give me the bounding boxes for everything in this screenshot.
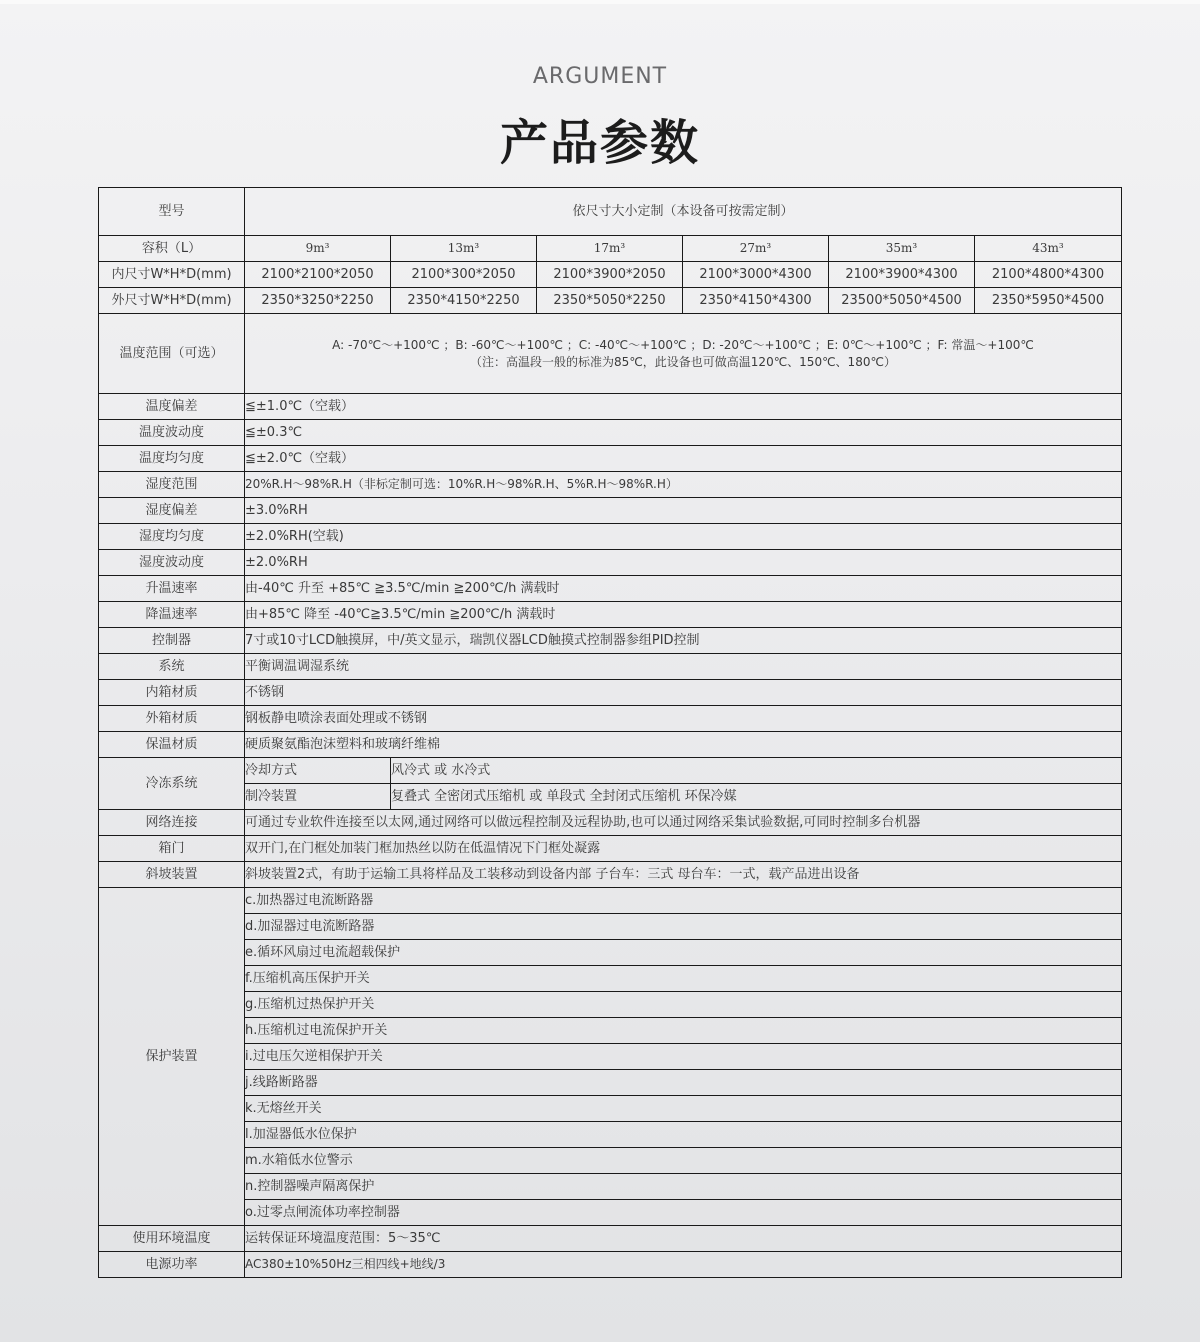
cell-value: 7寸或10寸LCD触摸屏，中/英文显示，瑞凯仪器LCD触摸式控制器参组PID控制 bbox=[245, 628, 1122, 654]
cell-value: 风冷式 或 水冷式 bbox=[391, 758, 1122, 784]
cell-value: 2350*4150*2250 bbox=[391, 288, 537, 314]
row-refrigeration: 冷冻系统 冷却方式 风冷式 或 水冷式 bbox=[99, 758, 1122, 784]
spec-table: 型号 依尺寸大小定制（本设备可按需定制） 容积（L） 9m³ 13m³ 17m³… bbox=[98, 187, 1122, 1278]
row-protection: l.加湿器低水位保护 bbox=[99, 1122, 1122, 1148]
row-spec: 温度均匀度≦±2.0℃（空载） bbox=[99, 446, 1122, 472]
cell-value: 运转保证环境温度范围：5～35℃ bbox=[245, 1226, 1122, 1252]
cell-label: 斜坡装置 bbox=[99, 862, 245, 888]
row-spec: 湿度波动度±2.0%RH bbox=[99, 550, 1122, 576]
cell-label: 湿度均匀度 bbox=[99, 524, 245, 550]
cell-value: A: -70℃～+100℃ ；B: -60℃～+100℃ ；C: -40℃～+1… bbox=[245, 314, 1122, 394]
cell-label: 温度波动度 bbox=[99, 420, 245, 446]
protection-item: i.过电压欠逆相保护开关 bbox=[245, 1044, 1122, 1070]
row-protection: j.线路断路器 bbox=[99, 1070, 1122, 1096]
protection-item: n.控制器噪声隔离保护 bbox=[245, 1174, 1122, 1200]
row-capacity: 容积（L） 9m³ 13m³ 17m³ 27m³ 35m³ 43m³ bbox=[99, 236, 1122, 262]
row-spec: 使用环境温度运转保证环境温度范围：5～35℃ bbox=[99, 1226, 1122, 1252]
protection-item: o.过零点闸流体功率控制器 bbox=[245, 1200, 1122, 1226]
protection-item: j.线路断路器 bbox=[245, 1070, 1122, 1096]
row-spec: 内箱材质不锈钢 bbox=[99, 680, 1122, 706]
cell-label: 型号 bbox=[99, 188, 245, 236]
row-spec: 系统平衡调温调湿系统 bbox=[99, 654, 1122, 680]
cell-label: 温度范围（可选） bbox=[99, 314, 245, 394]
cell-label: 系统 bbox=[99, 654, 245, 680]
cell-value: ±2.0%RH bbox=[245, 550, 1122, 576]
row-spec: 外箱材质钢板静电喷涂表面处理或不锈钢 bbox=[99, 706, 1122, 732]
row-spec: 箱门双开门,在门框处加装门框加热丝以防在低温情况下门框处凝露 bbox=[99, 836, 1122, 862]
temp-range-options: A: -70℃～+100℃ ；B: -60℃～+100℃ ；C: -40℃～+1… bbox=[245, 337, 1121, 354]
cell-value: 2100*3900*2050 bbox=[537, 262, 683, 288]
cell-value: ±2.0%RH(空载) bbox=[245, 524, 1122, 550]
cell-value: 2100*4800*4300 bbox=[975, 262, 1122, 288]
cell-label: 温度偏差 bbox=[99, 394, 245, 420]
cell-value: 硬质聚氨酯泡沫塑料和玻璃纤维棉 bbox=[245, 732, 1122, 758]
cell-label: 电源功率 bbox=[99, 1252, 245, 1278]
cell-value: 2100*2100*2050 bbox=[245, 262, 391, 288]
cell-value: 2350*5050*2250 bbox=[537, 288, 683, 314]
row-inner-size: 内尺寸W*H*D(mm) 2100*2100*2050 2100*300*205… bbox=[99, 262, 1122, 288]
protection-item: k.无熔丝开关 bbox=[245, 1096, 1122, 1122]
row-protection: 保护装置 c.加热器过电流断路器 bbox=[99, 888, 1122, 914]
cell-value: 43m³ bbox=[975, 236, 1122, 262]
cell-label: 降温速率 bbox=[99, 602, 245, 628]
cell-value: AC380±10%50Hz三相四线+地线/3 bbox=[245, 1252, 1122, 1278]
cell-label: 内尺寸W*H*D(mm) bbox=[99, 262, 245, 288]
row-spec: 湿度范围20%R.H～98%R.H（非标定制可选：10%R.H～98%R.H、5… bbox=[99, 472, 1122, 498]
cell-value: 27m³ bbox=[683, 236, 829, 262]
cell-value: 依尺寸大小定制（本设备可按需定制） bbox=[245, 188, 1122, 236]
cell-label: 保护装置 bbox=[99, 888, 245, 1226]
cell-value: 由-40℃ 升至 +85℃ ≧3.5℃/min ≧200℃/h 满载时 bbox=[245, 576, 1122, 602]
cell-label: 湿度范围 bbox=[99, 472, 245, 498]
row-spec: 湿度偏差±3.0%RH bbox=[99, 498, 1122, 524]
row-spec: 斜坡装置斜坡装置2式，有助于运输工具将样品及工装移动到设备内部 子台车：三式 母… bbox=[99, 862, 1122, 888]
cell-value: ≦±1.0℃（空载） bbox=[245, 394, 1122, 420]
protection-item: d.加湿器过电流断路器 bbox=[245, 914, 1122, 940]
protection-item: f.压缩机高压保护开关 bbox=[245, 966, 1122, 992]
cell-label: 冷冻系统 bbox=[99, 758, 245, 810]
row-protection: h.压缩机过电流保护开关 bbox=[99, 1018, 1122, 1044]
row-protection: k.无熔丝开关 bbox=[99, 1096, 1122, 1122]
cell-value: 2100*3000*4300 bbox=[683, 262, 829, 288]
cell-label: 网络连接 bbox=[99, 810, 245, 836]
cell-value: 35m³ bbox=[829, 236, 975, 262]
row-spec: 温度偏差≦±1.0℃（空载） bbox=[99, 394, 1122, 420]
cell-value: ≦±0.3℃ bbox=[245, 420, 1122, 446]
cell-label: 箱门 bbox=[99, 836, 245, 862]
cell-label: 保温材质 bbox=[99, 732, 245, 758]
cell-value: 平衡调温调湿系统 bbox=[245, 654, 1122, 680]
cell-label: 内箱材质 bbox=[99, 680, 245, 706]
cell-value: 双开门,在门框处加装门框加热丝以防在低温情况下门框处凝露 bbox=[245, 836, 1122, 862]
cell-value: 2100*3900*4300 bbox=[829, 262, 975, 288]
row-spec: 降温速率由+85℃ 降至 -40℃≧3.5℃/min ≧200℃/h 满载时 bbox=[99, 602, 1122, 628]
protection-item: e.循环风扇过电流超载保护 bbox=[245, 940, 1122, 966]
row-refrigeration: 制冷装置 复叠式 全密闭式压缩机 或 单段式 全封闭式压缩机 环保冷媒 bbox=[99, 784, 1122, 810]
row-protection: f.压缩机高压保护开关 bbox=[99, 966, 1122, 992]
cell-value: 可通过专业软件连接至以太网,通过网络可以做远程控制及远程协助,也可以通过网络采集… bbox=[245, 810, 1122, 836]
row-protection: i.过电压欠逆相保护开关 bbox=[99, 1044, 1122, 1070]
cell-label: 控制器 bbox=[99, 628, 245, 654]
cell-value: ±3.0%RH bbox=[245, 498, 1122, 524]
page-title: 产品参数 bbox=[0, 104, 1200, 173]
cell-value: ≦±2.0℃（空载） bbox=[245, 446, 1122, 472]
row-protection: g.压缩机过热保护开关 bbox=[99, 992, 1122, 1018]
cell-label: 温度均匀度 bbox=[99, 446, 245, 472]
cell-value: 2350*3250*2250 bbox=[245, 288, 391, 314]
protection-item: h.压缩机过电流保护开关 bbox=[245, 1018, 1122, 1044]
cell-label: 升温速率 bbox=[99, 576, 245, 602]
cell-value: 斜坡装置2式，有助于运输工具将样品及工装移动到设备内部 子台车：三式 母台车：一… bbox=[245, 862, 1122, 888]
section-subtitle: ARGUMENT bbox=[0, 64, 1200, 89]
temp-range-note: （注：高温段一般的标准为85℃，此设备也可做高温120℃、150℃、180℃） bbox=[245, 354, 1121, 371]
row-spec: 网络连接可通过专业软件连接至以太网,通过网络可以做远程控制及远程协助,也可以通过… bbox=[99, 810, 1122, 836]
cell-value: 钢板静电喷涂表面处理或不锈钢 bbox=[245, 706, 1122, 732]
cell-label: 湿度波动度 bbox=[99, 550, 245, 576]
protection-item: m.水箱低水位警示 bbox=[245, 1148, 1122, 1174]
protection-item: c.加热器过电流断路器 bbox=[245, 888, 1122, 914]
cell-label: 外尺寸W*H*D(mm) bbox=[99, 288, 245, 314]
row-protection: m.水箱低水位警示 bbox=[99, 1148, 1122, 1174]
row-spec: 电源功率AC380±10%50Hz三相四线+地线/3 bbox=[99, 1252, 1122, 1278]
row-protection: e.循环风扇过电流超载保护 bbox=[99, 940, 1122, 966]
cell-label: 使用环境温度 bbox=[99, 1226, 245, 1252]
row-outer-size: 外尺寸W*H*D(mm) 2350*3250*2250 2350*4150*22… bbox=[99, 288, 1122, 314]
cell-label: 容积（L） bbox=[99, 236, 245, 262]
row-spec: 保温材质硬质聚氨酯泡沫塑料和玻璃纤维棉 bbox=[99, 732, 1122, 758]
cell-label: 外箱材质 bbox=[99, 706, 245, 732]
row-spec: 升温速率由-40℃ 升至 +85℃ ≧3.5℃/min ≧200℃/h 满载时 bbox=[99, 576, 1122, 602]
row-protection: o.过零点闸流体功率控制器 bbox=[99, 1200, 1122, 1226]
cell-value: 2350*4150*4300 bbox=[683, 288, 829, 314]
cell-value: 23500*5050*4500 bbox=[829, 288, 975, 314]
protection-item: g.压缩机过热保护开关 bbox=[245, 992, 1122, 1018]
cell-value: 不锈钢 bbox=[245, 680, 1122, 706]
cell-value: 13m³ bbox=[391, 236, 537, 262]
cell-label: 湿度偏差 bbox=[99, 498, 245, 524]
row-spec: 湿度均匀度±2.0%RH(空载) bbox=[99, 524, 1122, 550]
cell-sub-label: 冷却方式 bbox=[245, 758, 391, 784]
cell-value: 9m³ bbox=[245, 236, 391, 262]
protection-item: l.加湿器低水位保护 bbox=[245, 1122, 1122, 1148]
row-model: 型号 依尺寸大小定制（本设备可按需定制） bbox=[99, 188, 1122, 236]
cell-sub-label: 制冷装置 bbox=[245, 784, 391, 810]
cell-value: 由+85℃ 降至 -40℃≧3.5℃/min ≧200℃/h 满载时 bbox=[245, 602, 1122, 628]
cell-value: 2350*5950*4500 bbox=[975, 288, 1122, 314]
row-temp-range: 温度范围（可选） A: -70℃～+100℃ ；B: -60℃～+100℃ ；C… bbox=[99, 314, 1122, 394]
cell-value: 复叠式 全密闭式压缩机 或 单段式 全封闭式压缩机 环保冷媒 bbox=[391, 784, 1122, 810]
row-protection: d.加湿器过电流断路器 bbox=[99, 914, 1122, 940]
row-spec: 温度波动度≦±0.3℃ bbox=[99, 420, 1122, 446]
cell-value: 2100*300*2050 bbox=[391, 262, 537, 288]
row-spec: 控制器7寸或10寸LCD触摸屏，中/英文显示，瑞凯仪器LCD触摸式控制器参组PI… bbox=[99, 628, 1122, 654]
row-protection: n.控制器噪声隔离保护 bbox=[99, 1174, 1122, 1200]
cell-value: 17m³ bbox=[537, 236, 683, 262]
cell-value: 20%R.H～98%R.H（非标定制可选：10%R.H～98%R.H、5%R.H… bbox=[245, 472, 1122, 498]
top-edge bbox=[0, 0, 1200, 4]
